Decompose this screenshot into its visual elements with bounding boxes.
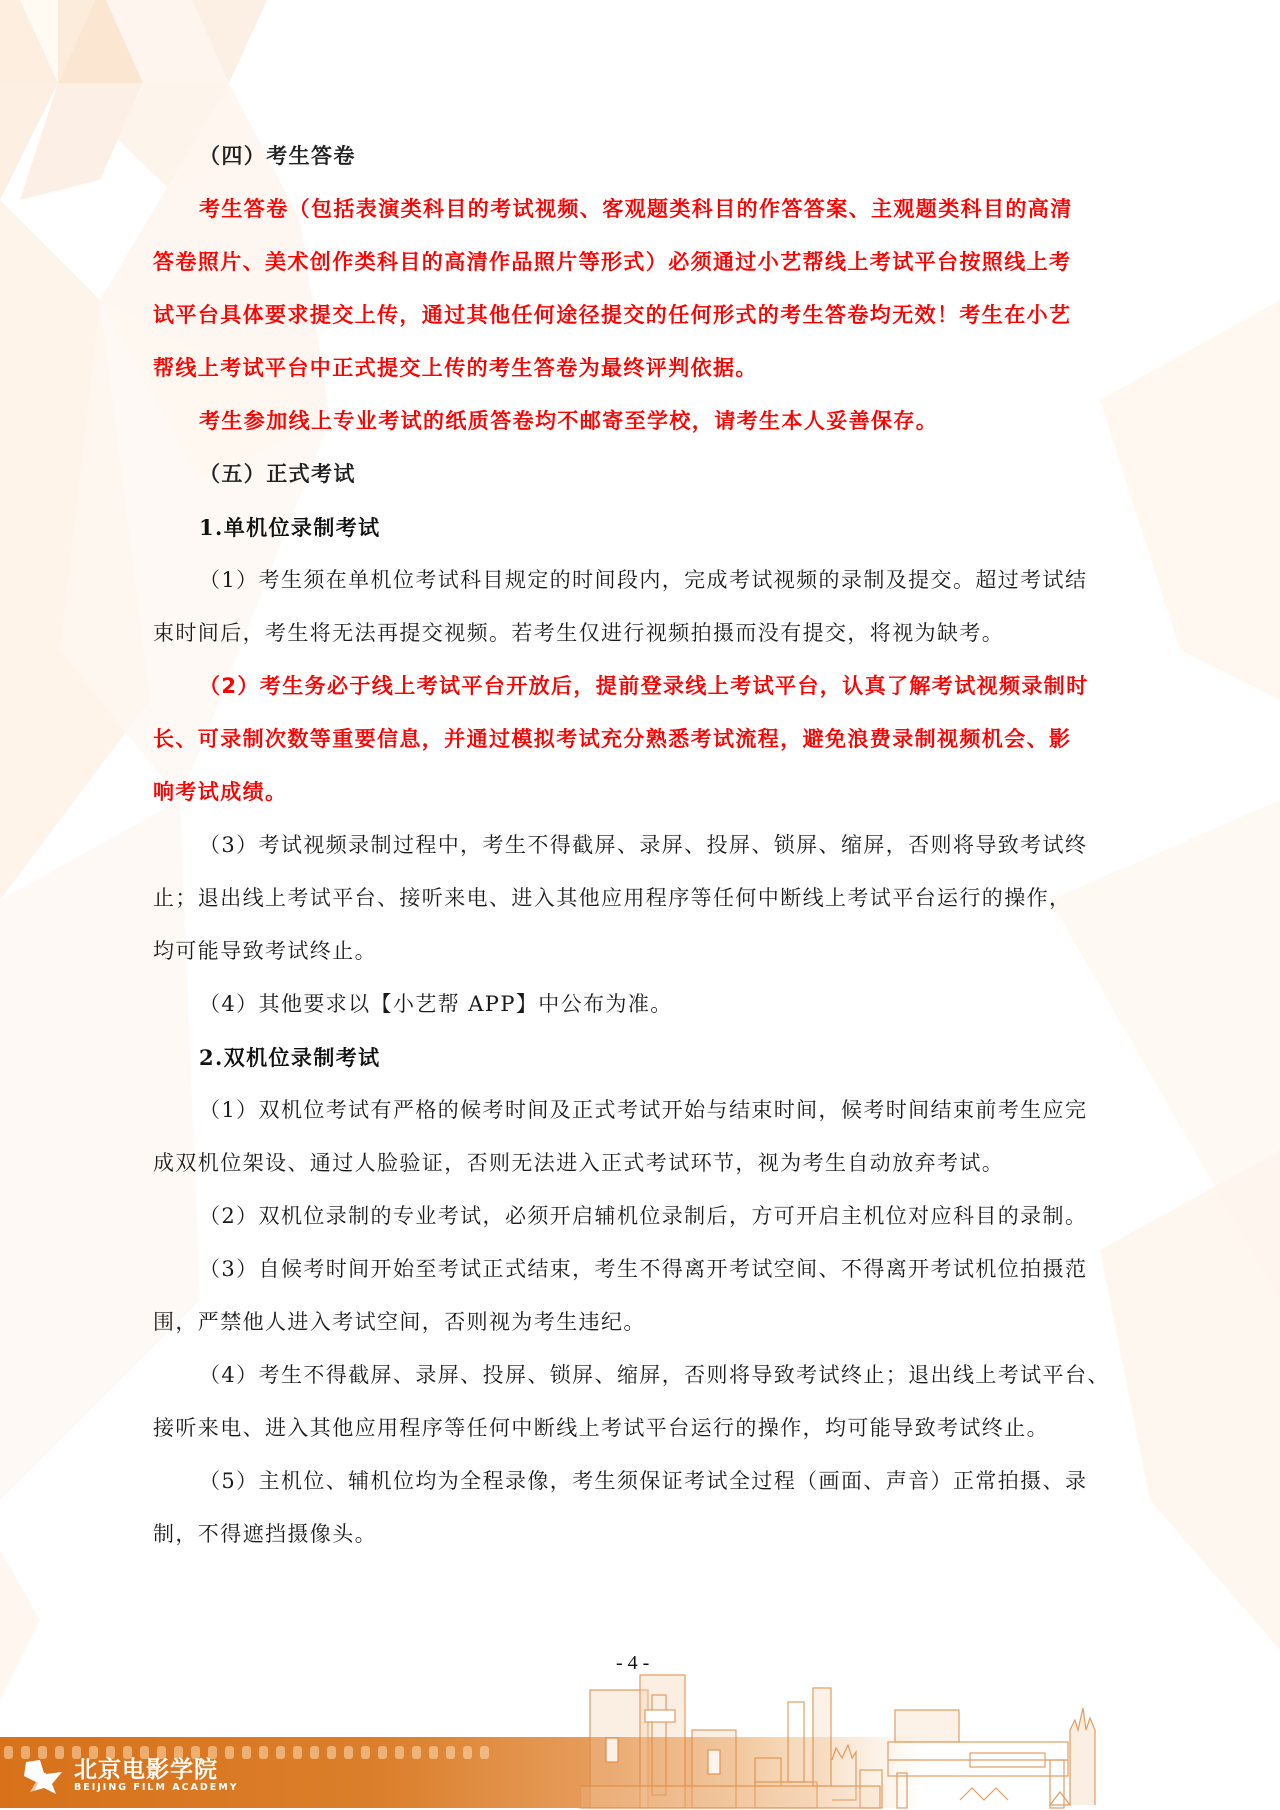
text-line: 试平台具体要求提交上传，通过其他任何途径提交的任何形式的考生答卷均无效！考生在小… (153, 289, 1133, 342)
text-line: 帮线上考试平台中正式提交上传的考生答卷为最终评判依据。 (153, 342, 1133, 395)
text-line: 制，不得遮挡摄像头。 (153, 1508, 1133, 1561)
text-line: （3）自候考时间开始至考试正式结束，考生不得离开考试空间、不得离开考试机位拍摄范 (153, 1243, 1133, 1296)
text-line: （2）考生务必于线上考试平台开放后，提前登录线上考试平台，认真了解考试视频录制时 (153, 660, 1133, 713)
text-line: （1）考生须在单机位考试科目规定的时间段内，完成考试视频的录制及提交。超过考试结 (153, 554, 1133, 607)
document-body: （四）考生答卷 考生答卷（包括表演类科目的考试视频、客观题类科目的作答答案、主观… (153, 130, 1133, 1561)
page-number: - 4 - (616, 1652, 649, 1675)
text-line: 止；退出线上考试平台、接听来电、进入其他应用程序等任何中断线上考试平台运行的操作… (153, 872, 1133, 925)
text-line: 考生答卷（包括表演类科目的考试视频、客观题类科目的作答答案、主观题类科目的高清 (153, 183, 1133, 236)
logo-text-chinese: 北京电影学院 (74, 1758, 239, 1782)
text-line: （4）考生不得截屏、录屏、投屏、锁屏、缩屏，否则将导致考试终止；退出线上考试平台… (153, 1349, 1133, 1402)
text-line: 接听来电、进入其他应用程序等任何中断线上考试平台运行的操作，均可能导致考试终止。 (153, 1402, 1133, 1455)
film-star-icon (22, 1756, 66, 1796)
text-line: 响考试成绩。 (153, 766, 1133, 819)
text-line: 束时间后，考生将无法再提交视频。若考生仅进行视频拍摄而没有提交，将视为缺考。 (153, 607, 1133, 660)
subsection-single-camera: 1.单机位录制考试 （1）考生须在单机位考试科目规定的时间段内，完成考试视频的录… (153, 501, 1133, 1031)
list-item: （3）自候考时间开始至考试正式结束，考生不得离开考试空间、不得离开考试机位拍摄范… (153, 1243, 1133, 1349)
text-line: 长、可录制次数等重要信息，并通过模拟考试充分熟悉考试流程，避免浪费录制视频机会、… (153, 713, 1133, 766)
logo-text-english: BEIJING FILM ACADEMY (74, 1782, 239, 1794)
subsection-title: 2.双机位录制考试 (153, 1031, 1133, 1084)
text-line: （5）主机位、辅机位均为全程录像，考生须保证考试全过程（画面、声音）正常拍摄、录 (153, 1455, 1133, 1508)
text-line: （1）双机位考试有严格的候考时间及正式考试开始与结束时间，候考时间结束前考生应完 (153, 1084, 1133, 1137)
paragraph-paper-answers: 考生参加线上专业考试的纸质答卷均不邮寄至学校，请考生本人妥善保存。 (153, 395, 1133, 448)
text-line: 围，严禁他人进入考试空间，否则视为考生违纪。 (153, 1296, 1133, 1349)
text-line: （4）其他要求以【小艺帮 APP】中公布为准。 (153, 978, 1133, 1031)
text-line: （3）考试视频录制过程中，考生不得截屏、录屏、投屏、锁屏、缩屏，否则将导致考试终 (153, 819, 1133, 872)
section-formal-exam: （五）正式考试 1.单机位录制考试 （1）考生须在单机位考试科目规定的时间段内，… (153, 448, 1133, 1561)
text-line: （2）双机位录制的专业考试，必须开启辅机位录制后，方可开启主机位对应科目的录制。 (153, 1190, 1133, 1243)
text-line: 考生参加线上专业考试的纸质答卷均不邮寄至学校，请考生本人妥善保存。 (153, 395, 1133, 448)
list-item: （1）双机位考试有严格的候考时间及正式考试开始与结束时间，候考时间结束前考生应完… (153, 1084, 1133, 1190)
text-line: 答卷照片、美术创作类科目的高清作品照片等形式）必须通过小艺帮线上考试平台按照线上… (153, 236, 1133, 289)
section-candidate-answers: （四）考生答卷 考生答卷（包括表演类科目的考试视频、客观题类科目的作答答案、主观… (153, 130, 1133, 448)
list-item: （1）考生须在单机位考试科目规定的时间段内，完成考试视频的录制及提交。超过考试结… (153, 554, 1133, 660)
list-item: （2）考生务必于线上考试平台开放后，提前登录线上考试平台，认真了解考试视频录制时… (153, 660, 1133, 819)
paragraph-answer-submission: 考生答卷（包括表演类科目的考试视频、客观题类科目的作答答案、主观题类科目的高清 … (153, 183, 1133, 395)
list-item: （4）考生不得截屏、录屏、投屏、锁屏、缩屏，否则将导致考试终止；退出线上考试平台… (153, 1349, 1133, 1455)
list-item: （4）其他要求以【小艺帮 APP】中公布为准。 (153, 978, 1133, 1031)
list-item: （3）考试视频录制过程中，考生不得截屏、录屏、投屏、锁屏、缩屏，否则将导致考试终… (153, 819, 1133, 978)
list-item: （2）双机位录制的专业考试，必须开启辅机位录制后，方可开启主机位对应科目的录制。 (153, 1190, 1133, 1243)
section-heading: （四）考生答卷 (153, 130, 1133, 183)
campus-skyline-illustration (580, 1650, 1280, 1810)
text-line: 成双机位架设、通过人脸验证，否则无法进入正式考试环节，视为考生自动放弃考试。 (153, 1137, 1133, 1190)
subsection-dual-camera: 2.双机位录制考试 （1）双机位考试有严格的候考时间及正式考试开始与结束时间，候… (153, 1031, 1133, 1561)
subsection-title: 1.单机位录制考试 (153, 501, 1133, 554)
section-heading: （五）正式考试 (153, 448, 1133, 501)
list-item: （5）主机位、辅机位均为全程录像，考生须保证考试全过程（画面、声音）正常拍摄、录… (153, 1455, 1133, 1561)
beijing-film-academy-logo: 北京电影学院 BEIJING FILM ACADEMY (22, 1756, 239, 1796)
text-line: 均可能导致考试终止。 (153, 925, 1133, 978)
